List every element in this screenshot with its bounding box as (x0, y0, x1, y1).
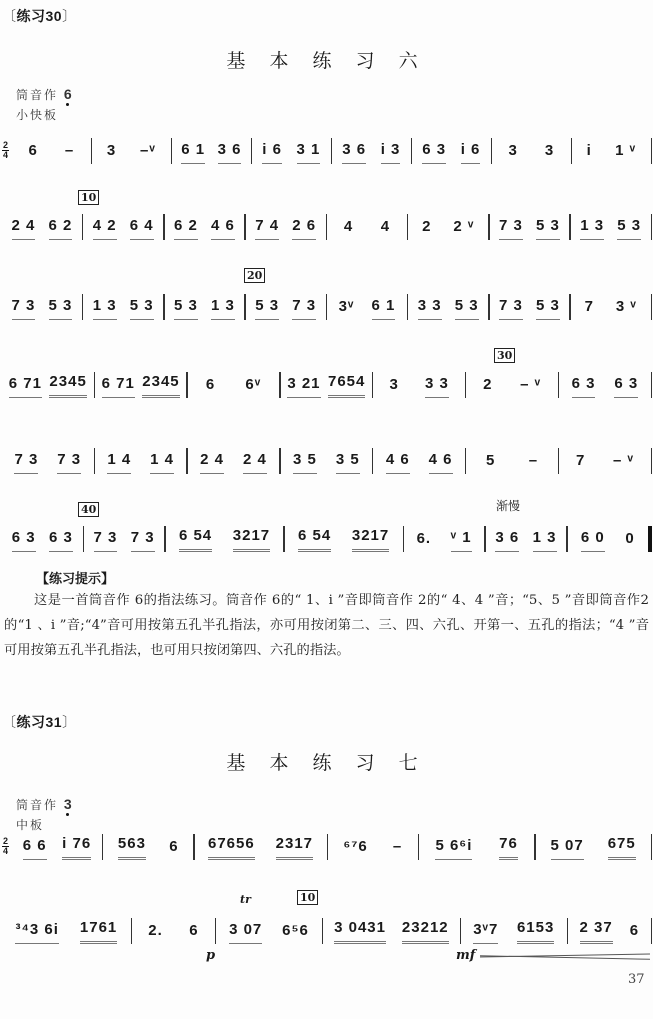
note-group: 6 3 (49, 529, 73, 552)
note-group: 7 3 (14, 451, 38, 474)
measure: 7 35 3 (490, 280, 570, 320)
measure: 44 (327, 200, 407, 240)
note-group: 4 6 (386, 451, 410, 474)
measure: 3ᵛ76153 (461, 904, 567, 944)
note-group: 7 3 (292, 297, 316, 320)
measure: 3 217654 (281, 358, 373, 398)
measure: i 63 1 (252, 124, 331, 164)
measure: 73 ᵛ (571, 280, 651, 320)
exercise-31-label: 〔练习31〕 (2, 712, 77, 732)
note-group: 7 3 (499, 217, 523, 240)
note-group: 1 4 (150, 451, 174, 474)
dynamic-mezzo-forte: mf (456, 948, 475, 963)
note: 2 ᵛ (453, 218, 474, 240)
measure: 7– ᵛ (559, 434, 651, 474)
exercise-30-label-text: 练习30 (17, 8, 63, 24)
note-group: 563 (118, 835, 146, 860)
note: 5 (486, 452, 495, 474)
measure: 4 64 6 (373, 434, 465, 474)
note-group: 5 3 (455, 297, 479, 320)
note-group: 3217 (233, 527, 270, 552)
note: 7 (585, 298, 594, 320)
key-prefix: 筒音作 (16, 798, 58, 812)
time-sig-top: 2 (3, 837, 8, 846)
note-group: 2 4 (200, 451, 224, 474)
note-group: 2317 (276, 835, 313, 860)
note-group: 4 6 (211, 217, 235, 240)
exercise-30-title: 基 本 练 习 六 (0, 46, 653, 73)
note-group: 6 54 (298, 527, 331, 552)
note-group: 6153 (517, 919, 554, 944)
note: 3 (390, 376, 399, 398)
note-group: 2 37 (580, 919, 613, 944)
measure: 6.ᵛ 1 (404, 512, 485, 552)
note-group: ³⁴3 6i (15, 921, 58, 944)
measure: 5 07675 (536, 820, 651, 860)
note: 6⁵6 (282, 922, 309, 944)
note: 6 (189, 922, 198, 944)
note: 2. (148, 922, 163, 944)
note-group: 3 3 (418, 297, 442, 320)
hint-title: 【练习提示】 (36, 568, 114, 587)
note-group: 7 4 (255, 217, 279, 240)
note-group: 1 3 (93, 297, 117, 320)
note: 6 (630, 922, 639, 944)
measure: 4 26 4 (83, 200, 163, 240)
exercise-30-label: 〔练习30〕 (2, 6, 77, 26)
note-group: 2345 (142, 373, 179, 398)
note-group: 3217 (352, 527, 389, 552)
note-group: 4 2 (93, 217, 117, 240)
note-group: 5 6⁶i (435, 837, 472, 860)
measure: 7 42 6 (246, 200, 326, 240)
bracket-close: 〕 (62, 8, 77, 24)
note-group: 1 3 (211, 297, 235, 320)
note-group: ᵛ 1 (451, 529, 472, 552)
note-group: 3ᵛ7 (473, 921, 498, 944)
note-group: 3 6 (495, 529, 519, 552)
note: 0 (625, 530, 634, 552)
bracket-open: 〔 (2, 8, 17, 24)
measure: 3 35 3 (408, 280, 488, 320)
note-group: 6 3 (422, 141, 446, 164)
measure: ³⁴3 6i1761 (2, 904, 131, 944)
barline (651, 138, 652, 164)
score-line-1: 24 6– 3–ᵛ 6 13 6 i 63 1 3 6i 3 6 3i 6 33… (2, 124, 652, 164)
measure: 6 00 (568, 512, 649, 552)
exercise-30-tempo: 小快板 (16, 106, 58, 123)
note: 6 (169, 838, 178, 860)
measure: 5 37 3 (246, 280, 326, 320)
exercise-31-key: 筒音作 3 (16, 796, 72, 813)
note-group: 3 07 (229, 921, 262, 944)
note-group: 7 3 (131, 529, 155, 552)
note-group: 6 2 (174, 217, 198, 240)
note-group: 1 4 (107, 451, 131, 474)
measure: 6 13 6 (172, 124, 251, 164)
exercise-31-label-text: 练习31 (17, 714, 63, 730)
note-group: 5 3 (536, 217, 560, 240)
note-group: 3 21 (287, 375, 320, 398)
note-group: 1 3 (533, 529, 557, 552)
score-line-2: 2 46 2 4 26 4 6 24 6 7 42 6 44 22 ᵛ 7 35… (2, 200, 652, 240)
note-group: 3 5 (336, 451, 360, 474)
note: 6 (29, 142, 38, 164)
note: 1 ᵛ (615, 142, 636, 164)
barline (651, 214, 652, 240)
note: 4 (381, 218, 390, 240)
measure: 5 31 3 (165, 280, 245, 320)
measure: 7 35 3 (490, 200, 570, 240)
note: 6ᵛ (245, 376, 261, 398)
barline (651, 448, 652, 474)
note-group: 5 07 (551, 837, 584, 860)
note: i (587, 142, 592, 164)
measure: 6 36 3 (559, 358, 651, 398)
note-group: 6 71 (9, 375, 42, 398)
note-group: 67656 (208, 835, 255, 860)
note: 7 (576, 452, 585, 474)
note-group: 6 71 (102, 375, 135, 398)
note: – (393, 838, 402, 860)
measure: 1 41 4 (95, 434, 187, 474)
measure: 5636 (103, 820, 193, 860)
note-group: 4 6 (429, 451, 453, 474)
note-group: 3 5 (293, 451, 317, 474)
measure: ⁶⁷6– (328, 820, 418, 860)
measure: 7 37 3 (2, 434, 94, 474)
measure: 3 043123212 (323, 904, 459, 944)
measure: 3ᵛ6 1 (327, 280, 407, 320)
measure: 3–ᵛ (92, 124, 171, 164)
measure: 3 076⁵6 (216, 904, 322, 944)
note: 3 (509, 142, 518, 164)
time-sig-top: 2 (3, 141, 8, 150)
measure: 6 543217 (285, 512, 403, 552)
note: 2 (422, 218, 431, 240)
score-line-31-2: ³⁴3 6i1761 2.6 3 076⁵6 3 043123212 3ᵛ761… (2, 904, 652, 944)
key-note: 6 (64, 86, 72, 102)
note: – (65, 142, 74, 164)
note-group: 6 2 (49, 217, 73, 240)
note: – ᵛ (613, 452, 634, 474)
measure: 1 35 3 (83, 280, 163, 320)
measure: 22 ᵛ (408, 200, 488, 240)
note-group: 5 3 (49, 297, 73, 320)
time-signature: 24 (2, 837, 9, 856)
measure: 6 3i 6 (412, 124, 491, 164)
measure: 33 (492, 124, 571, 164)
note: –ᵛ (140, 142, 156, 164)
measure: i1 ᵛ (572, 124, 651, 164)
score-line-31-1: 24 6 6i 76 5636 676562317 ⁶⁷6– 5 6⁶i76 5… (2, 820, 652, 860)
key-prefix: 筒音作 (16, 88, 58, 102)
note-group: 1 3 (580, 217, 604, 240)
barline (651, 294, 652, 320)
note-group: 3 3 (425, 375, 449, 398)
time-signature: 24 (2, 141, 9, 160)
note: 3 ᵛ (616, 298, 637, 320)
note-group: 3 6 (218, 141, 242, 164)
note: 3ᵛ (339, 298, 355, 320)
note-group: 7 3 (12, 297, 36, 320)
measure: 3 6i 3 (332, 124, 411, 164)
measure: 5 6⁶i76 (419, 820, 534, 860)
measure: 6 24 6 (165, 200, 245, 240)
measure: 33 3 (373, 358, 465, 398)
note-group: 2 6 (292, 217, 316, 240)
bracket-open: 〔 (2, 714, 17, 730)
note-group: 2345 (49, 373, 86, 398)
measure: 2.6 (132, 904, 215, 944)
note-group: 6 1 (181, 141, 205, 164)
page-number: 37 (628, 972, 645, 987)
dynamic-piano: p (206, 948, 215, 963)
note-group: 6 4 (130, 217, 154, 240)
note-group: 7 3 (57, 451, 81, 474)
measure: 7 37 3 (84, 512, 165, 552)
note: – (529, 452, 538, 474)
score-line-6: 6 36 3 7 37 3 6 543217 6 543217 6.ᵛ 1 3 … (2, 512, 652, 552)
score-line-5: 7 37 3 1 41 4 2 42 4 3 53 5 4 64 6 5– 7–… (2, 434, 652, 474)
time-sig-bottom: 4 (3, 847, 8, 856)
note-group: 2 4 (12, 217, 36, 240)
note: 6 (206, 376, 215, 398)
measure: 3 61 3 (486, 512, 567, 552)
score-line-3: 7 35 3 1 35 3 5 31 3 5 37 3 3ᵛ6 1 3 35 3… (2, 280, 652, 320)
note-group: 23212 (402, 919, 449, 944)
barline (651, 834, 652, 860)
note-group: 6 54 (179, 527, 212, 552)
measure: 2– ᵛ (466, 358, 558, 398)
note-group: 7 3 (94, 529, 118, 552)
note: 3 (107, 142, 116, 164)
measure: 2 376 (568, 904, 651, 944)
note-group: 6 3 (614, 375, 638, 398)
note-group: 5 3 (536, 297, 560, 320)
measure: 6– (12, 124, 91, 164)
bracket-close: 〕 (62, 714, 77, 730)
measure: 1 35 3 (571, 200, 651, 240)
final-barline (648, 526, 652, 552)
note-group: 1761 (80, 919, 117, 944)
note-group: 3 1 (297, 141, 321, 164)
measure: 676562317 (195, 820, 327, 860)
score-line-4: 6 712345 6 712345 66ᵛ 3 217654 33 3 2– ᵛ… (2, 358, 652, 398)
note-group: i 76 (62, 835, 91, 860)
note: 4 (344, 218, 353, 240)
measure: 3 53 5 (281, 434, 373, 474)
measure: 6 36 3 (2, 512, 83, 552)
measure: 5– (466, 434, 558, 474)
measure: 6 6i 76 (12, 820, 102, 860)
rehearsal-mark-10: 10 (297, 890, 318, 905)
note-group: 5 3 (130, 297, 154, 320)
measure: 6 543217 (166, 512, 284, 552)
measure: 2 46 2 (2, 200, 82, 240)
time-sig-bottom: 4 (3, 151, 8, 160)
note-group: 6 1 (372, 297, 396, 320)
note-group: i 6 (461, 141, 481, 164)
note-group: 675 (608, 835, 636, 860)
note-group: 7 3 (499, 297, 523, 320)
note: 3 (545, 142, 554, 164)
note-group: 6 6 (23, 837, 47, 860)
note: – ᵛ (520, 376, 541, 398)
measure: 6 712345 (95, 358, 187, 398)
note-group: 5 3 (174, 297, 198, 320)
note-group: 5 3 (617, 217, 641, 240)
note-group: i 3 (381, 141, 401, 164)
measure: 2 42 4 (188, 434, 280, 474)
note: ⁶⁷6 (343, 838, 367, 860)
note: 6. (417, 530, 432, 552)
note-group: 2 4 (243, 451, 267, 474)
note-group: 6 3 (12, 529, 36, 552)
exercise-31-title: 基 本 练 习 七 (0, 748, 653, 775)
barline (651, 372, 652, 398)
note-group: i 6 (262, 141, 282, 164)
key-note: 3 (64, 796, 72, 812)
measure: 7 35 3 (2, 280, 82, 320)
note-group: 3 6 (342, 141, 366, 164)
exercise-30-key: 筒音作 6 (16, 86, 72, 103)
note-group: 76 (499, 835, 518, 860)
measure: 66ᵛ (188, 358, 280, 398)
note-group: 3 0431 (334, 919, 386, 944)
note: 2 (483, 376, 492, 398)
note-group: 5 3 (255, 297, 279, 320)
barline (651, 918, 652, 944)
measure: 6 712345 (2, 358, 94, 398)
note-group: 6 0 (581, 529, 605, 552)
note-group: 7654 (328, 373, 365, 398)
note-group: 6 3 (572, 375, 596, 398)
hint-body: 这是一首筒音作 6的指法练习。筒音作 6的“ 1、i ”音即筒音作 2的“ 4、… (4, 588, 649, 663)
